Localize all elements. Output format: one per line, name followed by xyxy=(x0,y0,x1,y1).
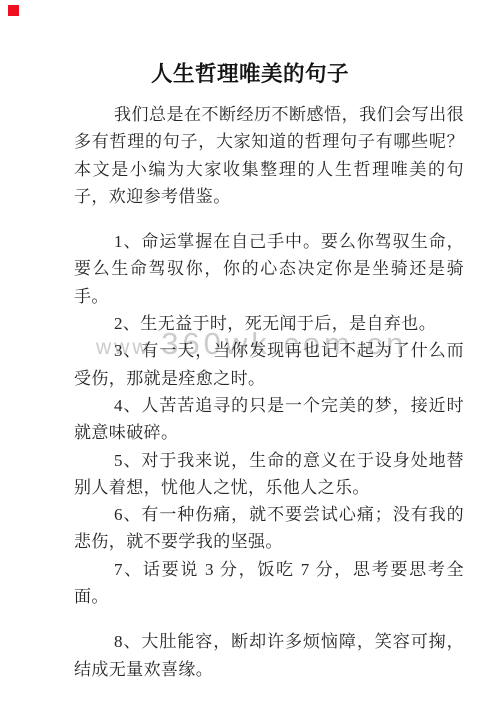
sentence-item: 5、对于我来说，生命的意义在于设身处地替别人着想，忧他人之忧，乐他人之乐。 xyxy=(74,447,464,502)
red-corner-marker xyxy=(8,5,19,16)
page-title: 人生哲理唯美的句子 xyxy=(0,57,500,88)
sentence-item: 2、生无益于时，死无闻于后，是自弃也。 xyxy=(74,310,464,337)
sentence-item: 6、有一种伤痛，就不要尝试心痛；没有我的悲伤，就不要学我的坚强。 xyxy=(74,501,464,556)
sentence-item: 7、话要说 3 分，饭吃 7 分，思考要思考全面。 xyxy=(74,556,464,611)
sentence-item: 8、大肚能容，断却许多烦恼障，笑容可掬，结成无量欢喜缘。 xyxy=(74,628,464,683)
intro-paragraph: 我们总是在不断经历不断感悟，我们会写出很多有哲理的句子，大家知道的哲理句子有哪些… xyxy=(74,101,464,210)
sentence-item: 4、人苦苦追寻的只是一个完美的梦，接近时就意味破碎。 xyxy=(74,392,464,447)
document-body: 我们总是在不断经历不断感悟，我们会写出很多有哲理的句子，大家知道的哲理句子有哪些… xyxy=(74,101,464,683)
sentence-item: 3、有一天，当你发现再也记不起为了什么而受伤，那就是痊愈之时。 xyxy=(74,337,464,392)
sentence-list: 1、命运掌握在自己手中。要么你驾驭生命，要么生命驾驭你，你的心态决定你是坐骑还是… xyxy=(74,228,464,683)
document-page: 人生哲理唯美的句子 www. 360wk.com.cn 我们总是在不断经历不断感… xyxy=(0,0,500,708)
sentence-item: 1、命运掌握在自己手中。要么你驾驭生命，要么生命驾驭你，你的心态决定你是坐骑还是… xyxy=(74,228,464,310)
